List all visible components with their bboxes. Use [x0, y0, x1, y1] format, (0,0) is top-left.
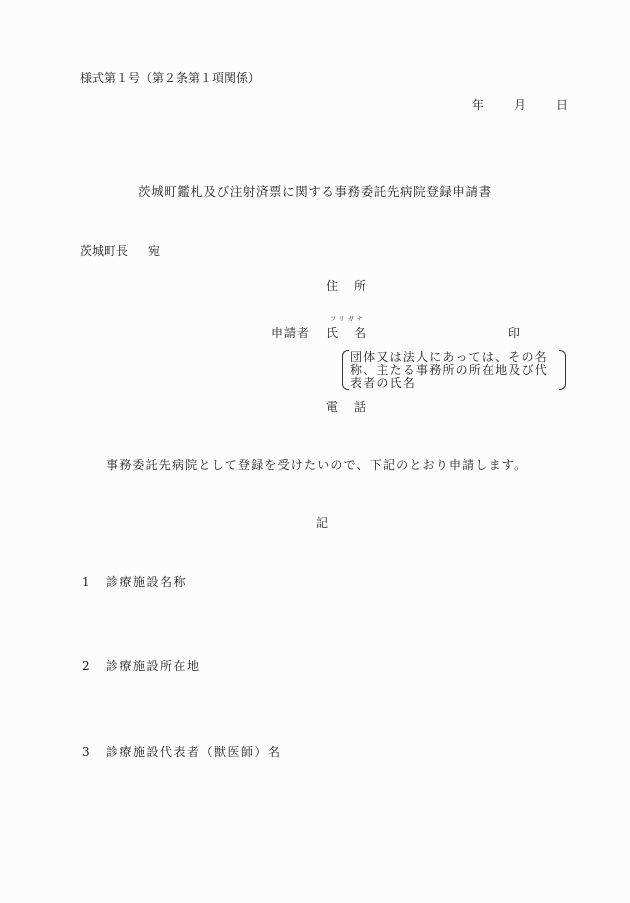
name-label-char-1: 氏: [326, 326, 338, 340]
date-day-label: 日: [556, 99, 568, 111]
item-label: 診療施設名称: [106, 575, 187, 589]
date-month-label: 月: [514, 99, 526, 111]
seal-mark: 印: [508, 327, 520, 339]
organization-note: 団体又は法人にあっては、その名 称、主たる事務所の所在地及び代 表者の氏名: [342, 350, 566, 390]
ki-heading: 記: [316, 517, 328, 529]
item-label: 診療施設代表者（獣医師）名: [106, 745, 282, 759]
address-label-char-1: 住: [326, 279, 338, 293]
organization-note-text: 団体又は法人にあっては、その名 称、主たる事務所の所在地及び代 表者の氏名: [350, 351, 560, 390]
phone-label: 電話: [326, 401, 366, 413]
bracket-left: [342, 350, 349, 390]
name-label: 氏名: [326, 327, 366, 339]
document-title: 茨城町鑑札及び注射済票に関する事務委託先病院登録申請書: [138, 186, 492, 199]
application-statement: 事務委託先病院として登録を受けたいので、下記のとおり申請します。: [106, 459, 527, 471]
item-number: 3: [82, 746, 106, 758]
list-item: 3診療施設代表者（獣医師）名: [82, 746, 282, 758]
phone-label-char-1: 電: [326, 400, 338, 414]
furigana-label: フリガナ: [330, 317, 366, 323]
addressee-name: 茨城町長: [80, 244, 128, 258]
list-item: 2診療施設所在地: [82, 660, 201, 672]
applicant-label: 申請者: [271, 327, 310, 339]
name-label-char-2: 名: [354, 326, 366, 340]
address-label: 住所: [326, 280, 366, 292]
list-item: 1診療施設名称: [82, 576, 187, 588]
date-year-label: 年: [472, 99, 484, 111]
addressee: 茨城町長宛: [80, 245, 160, 257]
item-number: 1: [82, 576, 106, 588]
item-label: 診療施設所在地: [106, 659, 201, 673]
form-number-label: 様式第１号（第２条第１項関係）: [80, 72, 260, 84]
bracket-right: [559, 350, 566, 390]
address-label-char-2: 所: [354, 279, 366, 293]
phone-label-char-2: 話: [354, 400, 366, 414]
addressee-suffix: 宛: [148, 244, 160, 258]
note-line: 表者の氏名: [350, 377, 560, 390]
item-number: 2: [82, 660, 106, 672]
